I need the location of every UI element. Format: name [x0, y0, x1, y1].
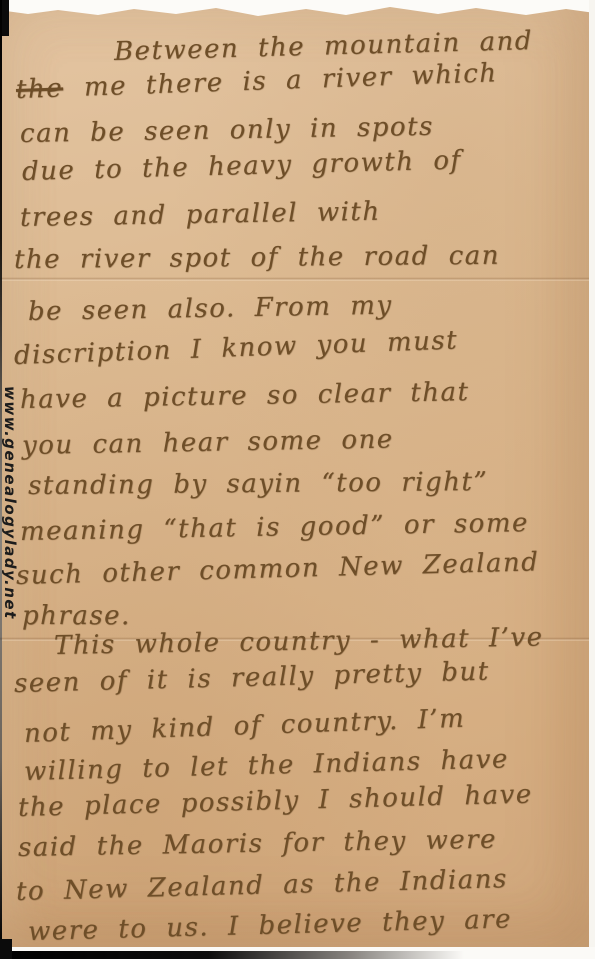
letter-line: have a picture so clear that [20, 375, 470, 417]
letter-line: you can hear some one [22, 423, 394, 463]
letter-line: discription I know you must [13, 324, 458, 373]
line-text: due to the heavy growth of [22, 145, 462, 187]
line-text: seen of it is really pretty but [14, 657, 490, 699]
letter-line: not my kind of country. I’m [23, 702, 465, 751]
line-text: can be seen only in spots [20, 112, 434, 149]
letter-line: said the Maoris for they were [18, 823, 498, 865]
line-text: said the Maoris for they were [18, 825, 497, 863]
line-text: you can hear some one [22, 425, 394, 461]
line-text: not my kind of country. I’m [23, 704, 465, 749]
letter-line: be seen also. From my [28, 289, 393, 329]
line-text: phrase. [22, 601, 131, 631]
line-text: the river spot of the road can [14, 241, 500, 275]
letter-line: were to us. I believe they are [28, 902, 513, 949]
letter-line: standing by sayin “too right” [28, 465, 488, 503]
letter-line: due to the heavy growth of [22, 143, 462, 188]
line-text: be seen also. From my [28, 291, 393, 327]
struck-word: the [15, 73, 63, 105]
scanner-edge-bottom-left [0, 939, 12, 959]
letter-line: the river spot of the road can [14, 239, 500, 277]
scanner-edge-bottom [0, 951, 464, 959]
line-text: were to us. I believe they are [28, 904, 513, 947]
line-text: have a picture so clear that [20, 377, 470, 415]
scanner-edge-left [0, 0, 2, 950]
scanned-letter-page: Between the mountain andthe me there is … [0, 0, 595, 959]
line-text: discription I know you must [13, 326, 458, 371]
letter-line: meaning “that is good” or some [20, 506, 529, 549]
line-text: trees and parallel with [20, 197, 381, 233]
letter-line: to New Zealand as the Indians [16, 862, 509, 909]
watermark: www.genealogylady.net [1, 386, 19, 671]
letter-line: the me there is a river which [15, 56, 498, 107]
line-text: such other common New Zealand [16, 547, 540, 591]
scan-margin-right [589, 0, 595, 959]
letter-line: trees and parallel with [20, 195, 381, 235]
letter-line: such other common New Zealand [16, 545, 540, 593]
letter-body: Between the mountain andthe me there is … [2, 7, 589, 948]
line-text: to New Zealand as the Indians [16, 864, 509, 907]
line-text: meaning “that is good” or some [20, 508, 529, 547]
line-text: standing by sayin “too right” [28, 467, 488, 501]
